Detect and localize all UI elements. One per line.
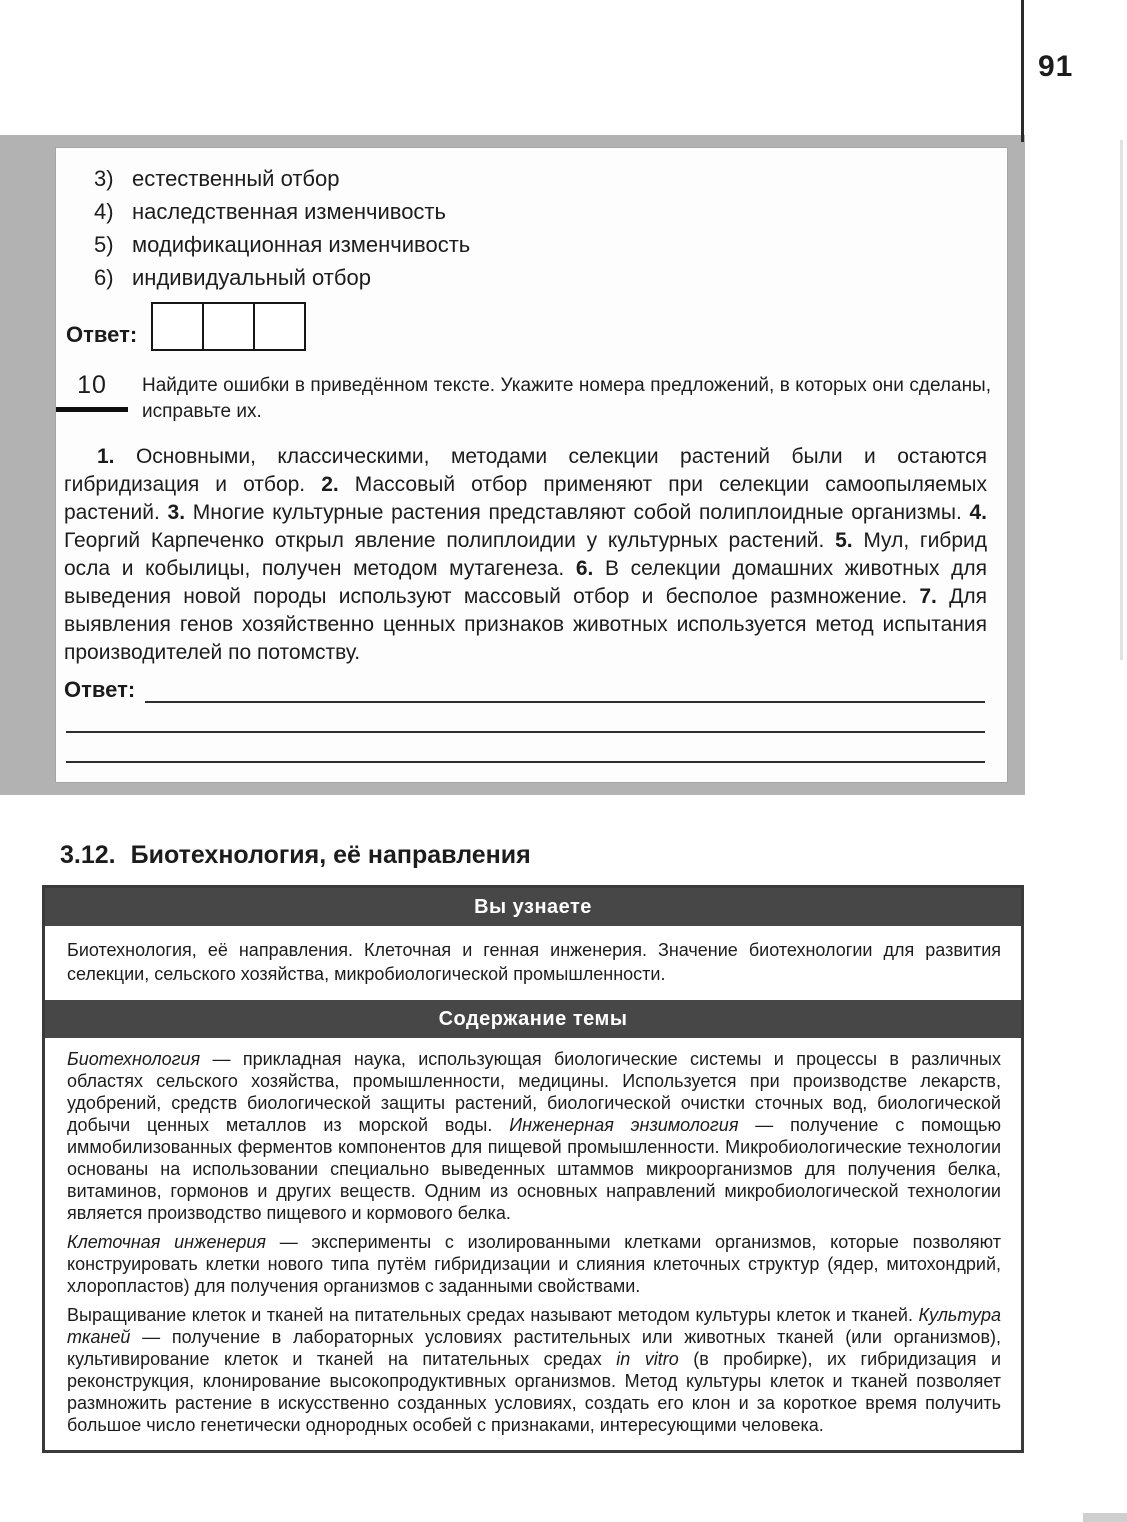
option-number: 5) [94, 228, 132, 261]
scan-corner-mark [1083, 1513, 1127, 1522]
option-number: 6) [94, 261, 132, 294]
answer-line-row: Ответ: [64, 677, 991, 703]
option-item-4: 4) наследственная изменчивость [94, 195, 991, 228]
topic-paragraph-cell-engineering: Клеточная инженерия — эксперименты с изо… [67, 1231, 1001, 1297]
option-item-3: 3) естественный отбор [94, 162, 991, 195]
option-number: 4) [94, 195, 132, 228]
answer-cell-1[interactable] [151, 302, 204, 351]
answer-grid [151, 302, 306, 351]
topic-content-header: Содержание темы [45, 1000, 1021, 1038]
exercise-card: 3) естественный отбор 4) наследственная … [55, 147, 1008, 783]
answer-cell-2[interactable] [204, 302, 255, 351]
answer-line-2[interactable] [66, 703, 985, 733]
scan-edge-shade [1120, 140, 1123, 660]
task-text-paragraph: 1. Основными, классическими, методами се… [64, 443, 987, 667]
answer-line-1[interactable] [145, 681, 985, 703]
section-title: Биотехнология, её направления [131, 841, 531, 870]
answer-row: Ответ: [66, 302, 991, 351]
answer-lines-block: Ответ: [64, 677, 991, 763]
option-item-6: 6) индивидуальный отбор [94, 261, 991, 294]
you-will-learn-header: Вы узнаете [45, 888, 1021, 926]
option-text: индивидуальный отбор [132, 261, 371, 294]
option-text: естественный отбор [132, 162, 339, 195]
option-list: 3) естественный отбор 4) наследственная … [94, 162, 991, 294]
task-number-underline: 10 [56, 371, 128, 412]
you-will-learn-text: Биотехнология, её направления. Клеточная… [45, 926, 1021, 1000]
option-item-5: 5) модификационная изменчивость [94, 228, 991, 261]
page-number: 91 [1038, 50, 1073, 84]
task-header: 10 Найдите ошибки в приведённом тексте. … [64, 371, 991, 425]
answer-cell-3[interactable] [255, 302, 306, 351]
page-edge-line [1021, 0, 1024, 142]
task-number: 10 [77, 371, 107, 399]
option-number: 3) [94, 162, 132, 195]
option-text: модификационная изменчивость [132, 228, 470, 261]
topic-info-box: Вы узнаете Биотехнология, её направления… [42, 885, 1024, 1453]
answer-label: Ответ: [64, 677, 135, 703]
section-number: 3.12. [60, 841, 116, 870]
top-margin [0, 0, 1127, 135]
topic-content: Биотехнология — прикладная наука, исполь… [45, 1038, 1021, 1450]
answer-line-3[interactable] [66, 733, 985, 763]
section-heading: 3.12. Биотехнология, её направления [60, 841, 1127, 870]
book-page: 91 3) естественный отбор 4) наследственн… [0, 0, 1127, 1522]
task-instruction: Найдите ошибки в приведённом тексте. Ука… [142, 371, 991, 425]
option-text: наследственная изменчивость [132, 195, 446, 228]
exercise-panel: 3) естественный отбор 4) наследственная … [0, 135, 1025, 795]
topic-paragraph-biotechnology: Биотехнология — прикладная наука, исполь… [67, 1048, 1001, 1224]
answer-label: Ответ: [66, 322, 137, 351]
topic-paragraph-tissue-culture: Выращивание клеток и тканей на питательн… [67, 1304, 1001, 1436]
